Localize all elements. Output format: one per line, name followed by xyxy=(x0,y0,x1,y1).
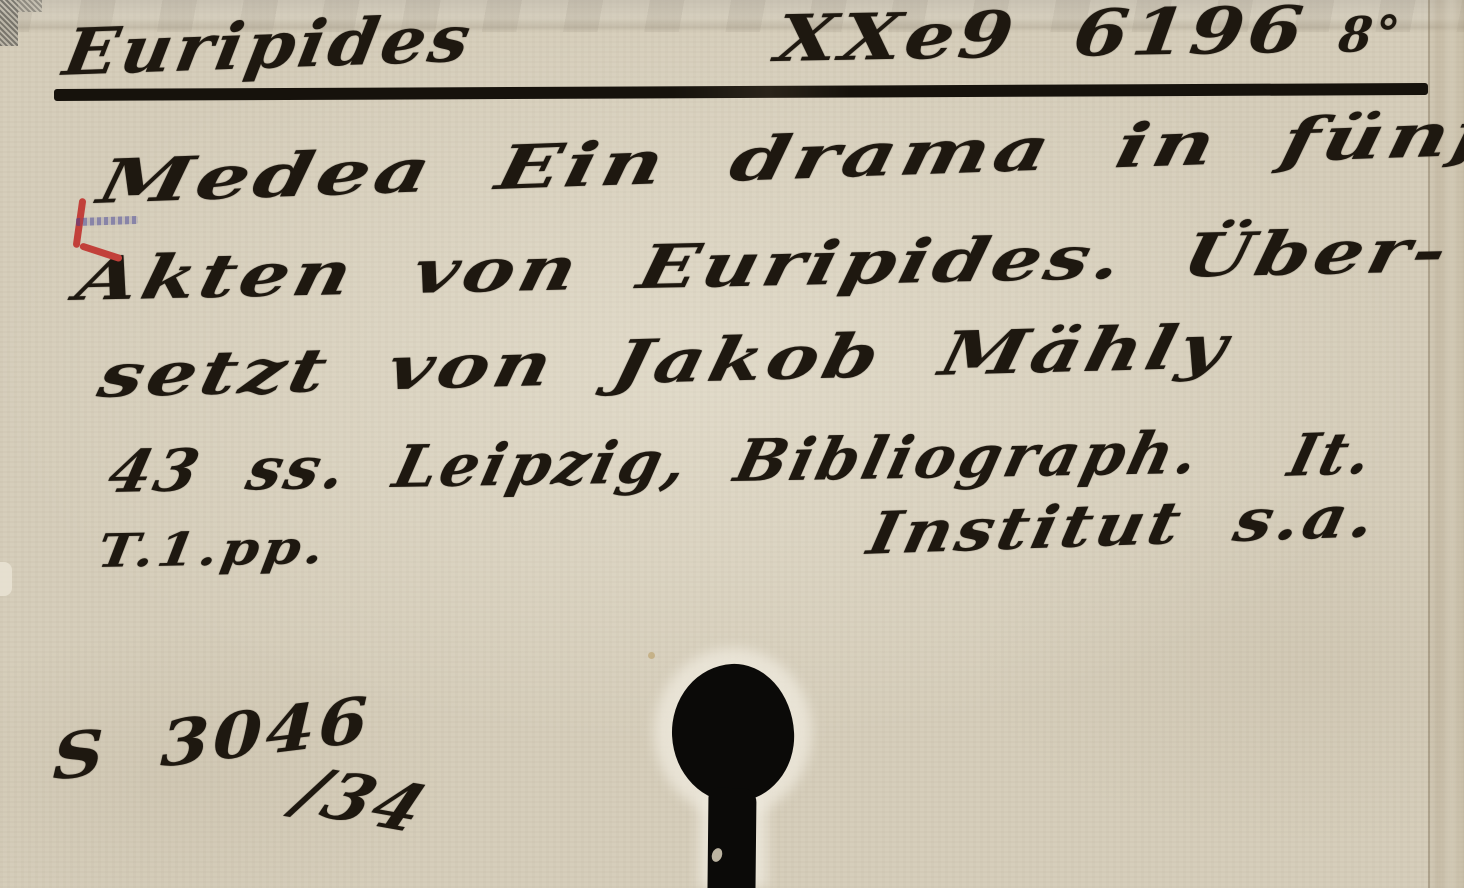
entry-line-1: Medea Ein drama in fünf xyxy=(92,99,1464,218)
entry-line-3: setzt von Jakob Mähly xyxy=(92,312,1237,412)
corner-artifact xyxy=(0,0,42,12)
publisher-continuation: Institut s.a. xyxy=(862,482,1385,568)
blue-stamp-smudge xyxy=(76,216,138,226)
paper-stain xyxy=(648,652,655,659)
accession-number-year: /34 xyxy=(284,753,440,848)
edge-notch xyxy=(0,562,12,596)
hole-punch-slot xyxy=(707,788,756,888)
heading-rule xyxy=(54,83,1428,101)
format-designation: 8° xyxy=(1336,6,1405,64)
shelfmark: XXe9 6196 xyxy=(772,0,1311,77)
author-heading: Euripides xyxy=(58,1,479,91)
catalogue-card: Euripides XXe9 6196 8° Medea Ein drama i… xyxy=(0,0,1464,888)
entry-line-2: Akten von Euripides. Über- xyxy=(70,216,1457,315)
collation-note: T.1.pp. xyxy=(94,520,331,578)
entry-line-4-right: It. xyxy=(1282,418,1382,490)
